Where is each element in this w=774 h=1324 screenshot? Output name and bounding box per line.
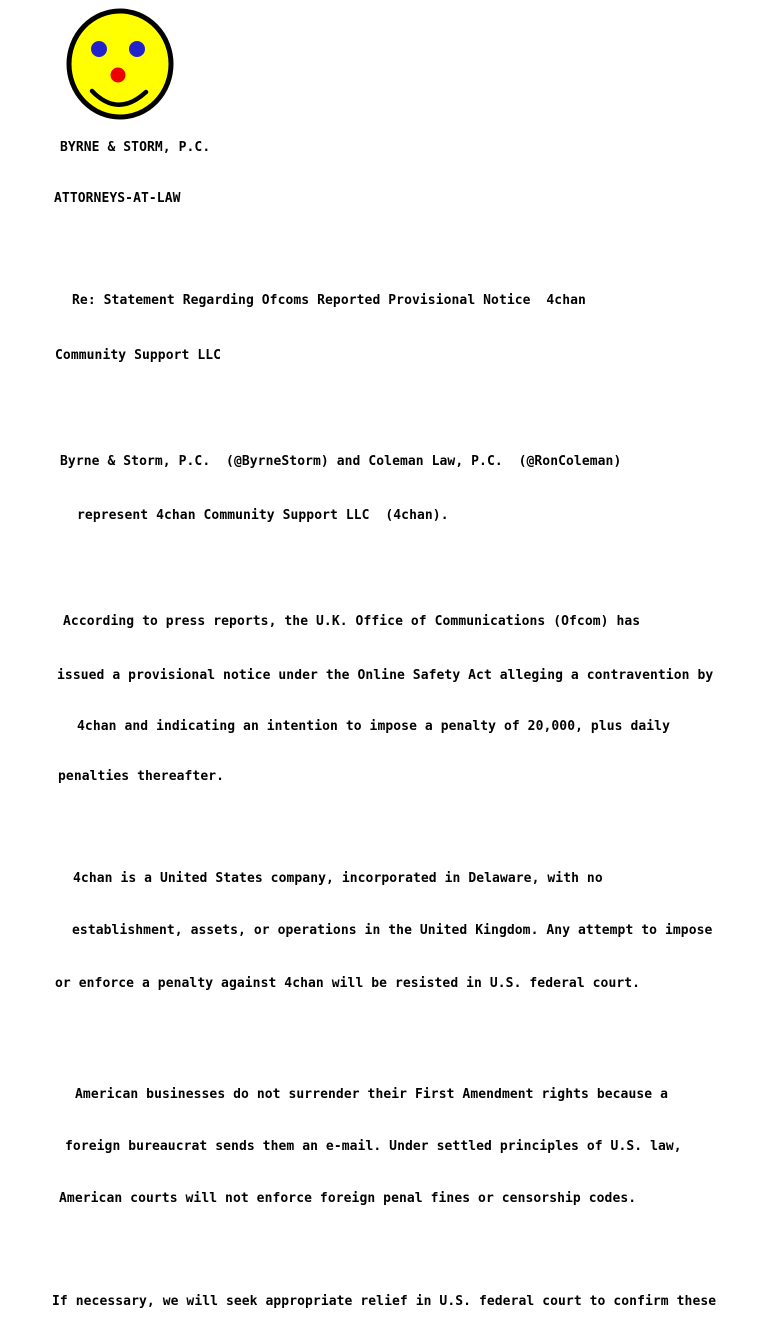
body-line: American businesses do not surrender the… <box>75 1087 668 1103</box>
body-line: represent 4chan Community Support LLC (4… <box>77 508 449 524</box>
letter-document: BYRNE & STORM, P.C. ATTORNEYS-AT-LAW Re:… <box>0 0 774 1324</box>
subject-line-1: Re: Statement Regarding Ofcoms Reported … <box>72 293 586 309</box>
smiley-nose <box>111 68 126 83</box>
smiley-right-eye <box>129 41 145 57</box>
body-line: penalties thereafter. <box>58 769 224 785</box>
body-line: 4chan and indicating an intention to imp… <box>77 719 670 735</box>
body-line: 4chan is a United States company, incorp… <box>73 871 603 887</box>
body-line: establishment, assets, or operations in … <box>72 923 712 939</box>
subject-line-2: Community Support LLC <box>55 348 221 364</box>
body-line: According to press reports, the U.K. Off… <box>63 614 640 630</box>
body-line: Byrne & Storm, P.C. (@ByrneStorm) and Co… <box>60 454 621 470</box>
body-line: American courts will not enforce foreign… <box>59 1191 636 1207</box>
smiley-face-outline <box>69 11 171 117</box>
body-line: or enforce a penalty against 4chan will … <box>55 976 640 992</box>
body-line: issued a provisional notice under the On… <box>57 668 713 684</box>
smiley-left-eye <box>91 41 107 57</box>
letterhead-firm-name: BYRNE & STORM, P.C. <box>60 140 210 156</box>
body-line: If necessary, we will seek appropriate r… <box>52 1294 716 1310</box>
body-line: foreign bureaucrat sends them an e-mail.… <box>65 1139 682 1155</box>
letterhead-tagline: ATTORNEYS-AT-LAW <box>54 191 181 207</box>
smiley-face-icon <box>64 6 176 122</box>
